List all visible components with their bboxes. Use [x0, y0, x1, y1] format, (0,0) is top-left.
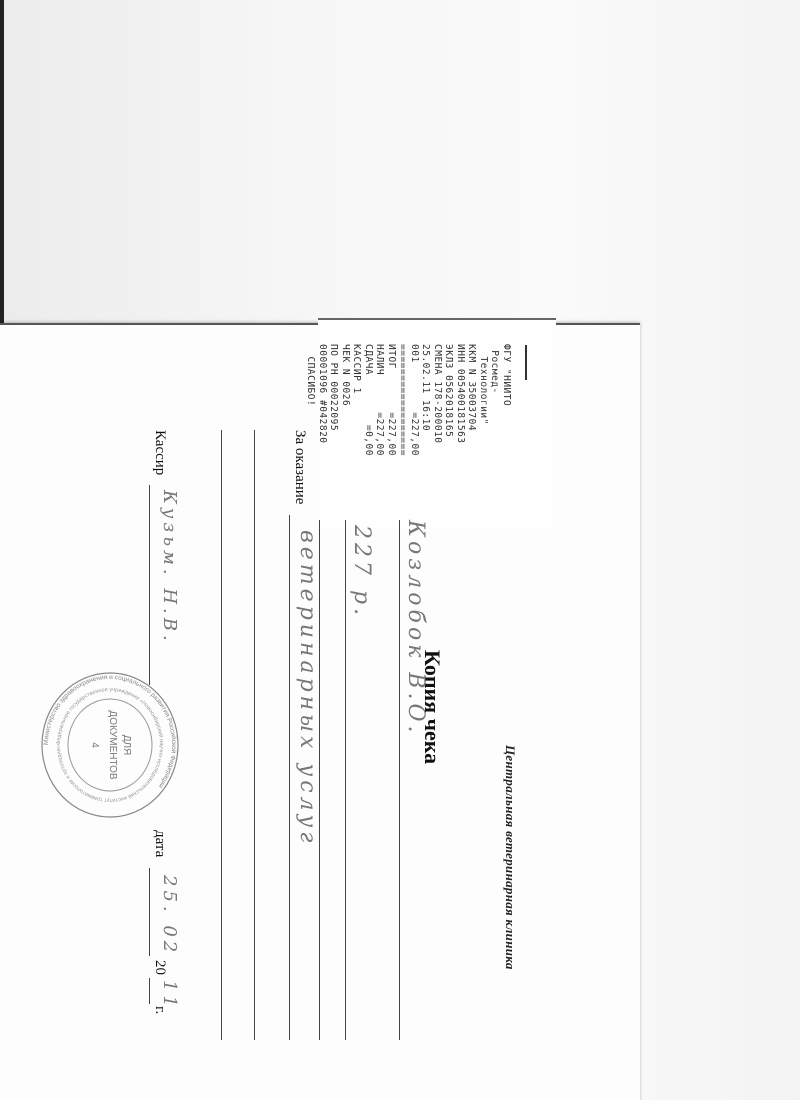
service-line-3	[221, 430, 222, 1040]
cashier-signature: Кузьм. Н.В.	[159, 490, 180, 645]
svg-text:ДЛЯ: ДЛЯ	[121, 735, 132, 756]
official-stamp: Министерство здравоохранения и социально…	[40, 670, 180, 820]
service-line-2	[254, 430, 255, 1040]
date-unit: г.	[151, 1006, 168, 1014]
service-label: За оказание	[291, 430, 308, 504]
stamp-seal-icon: Министерство здравоохранения и социально…	[40, 670, 180, 820]
payer-line	[399, 520, 400, 1040]
date-label: дата	[151, 830, 168, 857]
date-day-month: 25. 02	[159, 875, 180, 956]
cashier-label: Кассир	[151, 430, 168, 475]
amount-handwritten: 227 р.	[349, 525, 374, 619]
date-year-prefix: 20	[151, 960, 168, 975]
amount-line	[345, 520, 346, 1040]
service-line	[289, 515, 290, 1040]
pen-mark	[525, 345, 527, 380]
date-line	[149, 868, 150, 956]
svg-text:ДОКУМЕНТОВ: ДОКУМЕНТОВ	[107, 710, 118, 780]
scanner-edge	[0, 0, 4, 325]
cashier-line	[149, 485, 150, 685]
svg-text:4: 4	[89, 742, 100, 748]
organization-name: Центральная ветеринарная клиника	[502, 745, 518, 970]
payer-name-handwritten: Козлобок В.О.	[403, 520, 428, 737]
service-handwritten: ветеринарных услуг	[295, 530, 320, 846]
year-line	[149, 978, 150, 1004]
